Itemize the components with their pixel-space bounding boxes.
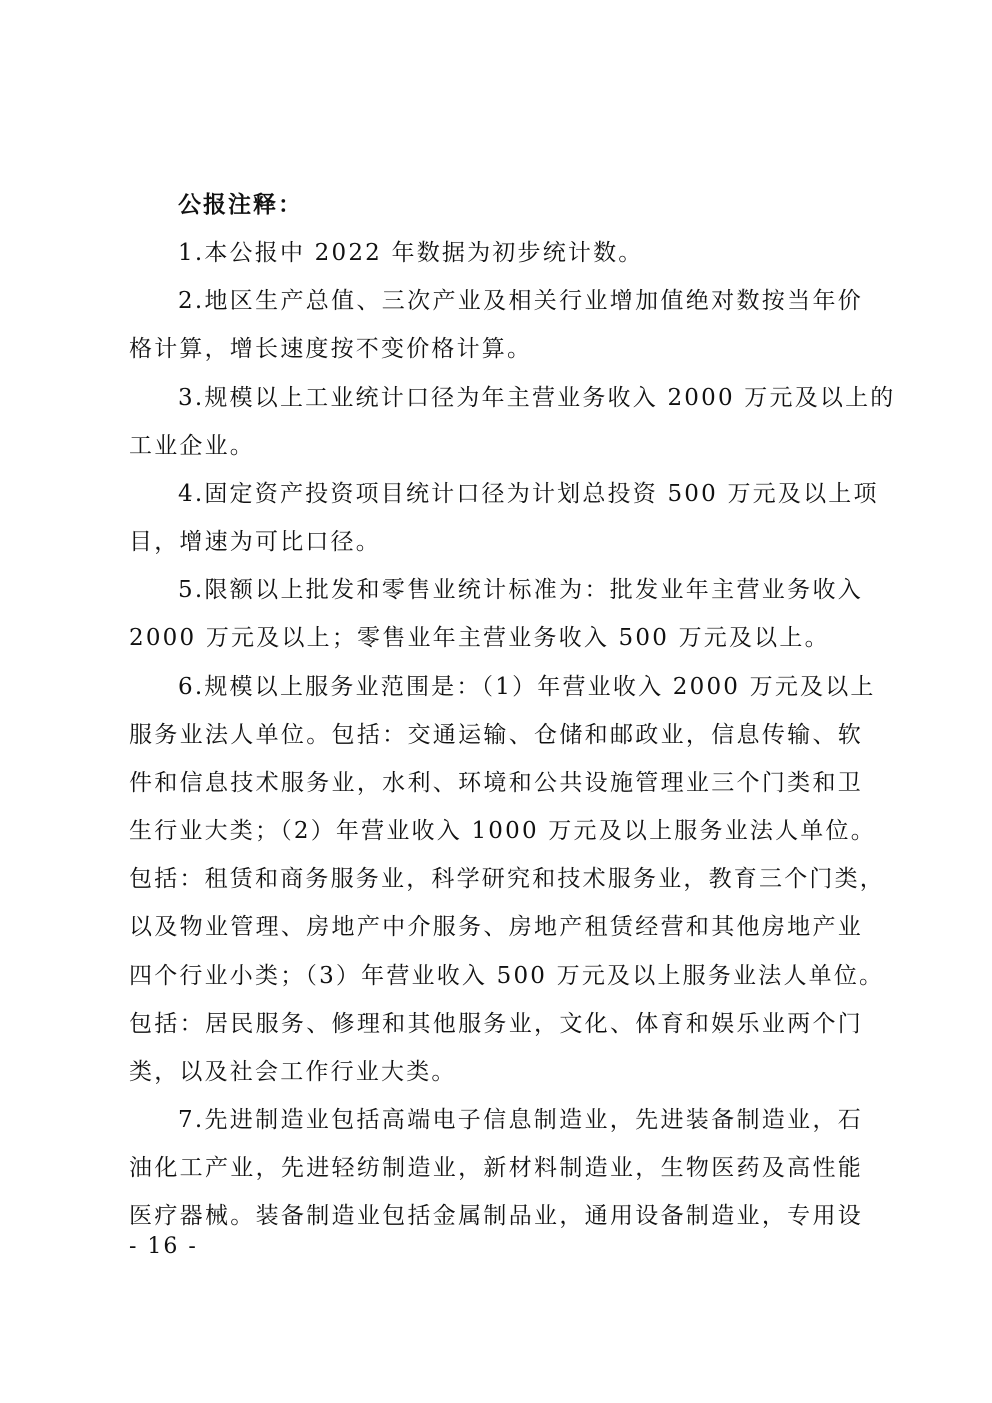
- document-page: 公报注释： 1.本公报中 2022 年数据为初步统计数。 2.地区生产总值、三次…: [0, 0, 992, 1403]
- note-4-line-1: 4.固定资产投资项目统计口径为计划总投资 500 万元及以上项: [178, 479, 863, 509]
- note-6-line-5: 包括：租赁和商务服务业，科学研究和技术服务业，教育三个门类，: [129, 864, 863, 894]
- note-7-line-2: 油化工产业，先进轻纺制造业，新材料制造业，生物医药及高性能: [129, 1153, 863, 1183]
- note-7-line-1: 7.先进制造业包括高端电子信息制造业，先进装备制造业，石: [178, 1105, 863, 1135]
- note-2-line-2: 格计算，增长速度按不变价格计算。: [129, 334, 863, 364]
- note-6-line-4: 生行业大类；（2）年营业收入 1000 万元及以上服务业法人单位。: [129, 816, 863, 846]
- note-3-line-2: 工业企业。: [129, 431, 863, 461]
- note-6-line-8: 包括：居民服务、修理和其他服务业，文化、体育和娱乐业两个门: [129, 1009, 863, 1039]
- note-5-line-1: 5.限额以上批发和零售业统计标准为：批发业年主营业务收入: [178, 575, 863, 605]
- note-6-line-9: 类，以及社会工作行业大类。: [129, 1057, 863, 1087]
- note-7-line-3: 医疗器械。装备制造业包括金属制品业，通用设备制造业，专用设: [129, 1201, 863, 1231]
- note-6-line-1: 6.规模以上服务业范围是：（1）年营业收入 2000 万元及以上: [178, 672, 863, 702]
- note-1-line: 1.本公报中 2022 年数据为初步统计数。: [178, 238, 863, 268]
- note-5-line-2: 2000 万元及以上；零售业年主营业务收入 500 万元及以上。: [129, 623, 863, 653]
- note-2-line-1: 2.地区生产总值、三次产业及相关行业增加值绝对数按当年价: [178, 286, 863, 316]
- note-6-line-2: 服务业法人单位。包括：交通运输、仓储和邮政业，信息传输、软: [129, 720, 863, 750]
- notes-heading: 公报注释：: [178, 190, 303, 220]
- note-6-line-6: 以及物业管理、房地产中介服务、房地产租赁经营和其他房地产业: [129, 912, 863, 942]
- note-4-line-2: 目，增速为可比口径。: [129, 527, 863, 557]
- note-6-line-3: 件和信息技术服务业，水利、环境和公共设施管理业三个门类和卫: [129, 768, 863, 798]
- note-6-line-7: 四个行业小类；（3）年营业收入 500 万元及以上服务业法人单位。: [129, 961, 863, 991]
- note-3-line-1: 3.规模以上工业统计口径为年主营业务收入 2000 万元及以上的: [178, 383, 863, 413]
- page-number: - 16 -: [129, 1232, 198, 1262]
